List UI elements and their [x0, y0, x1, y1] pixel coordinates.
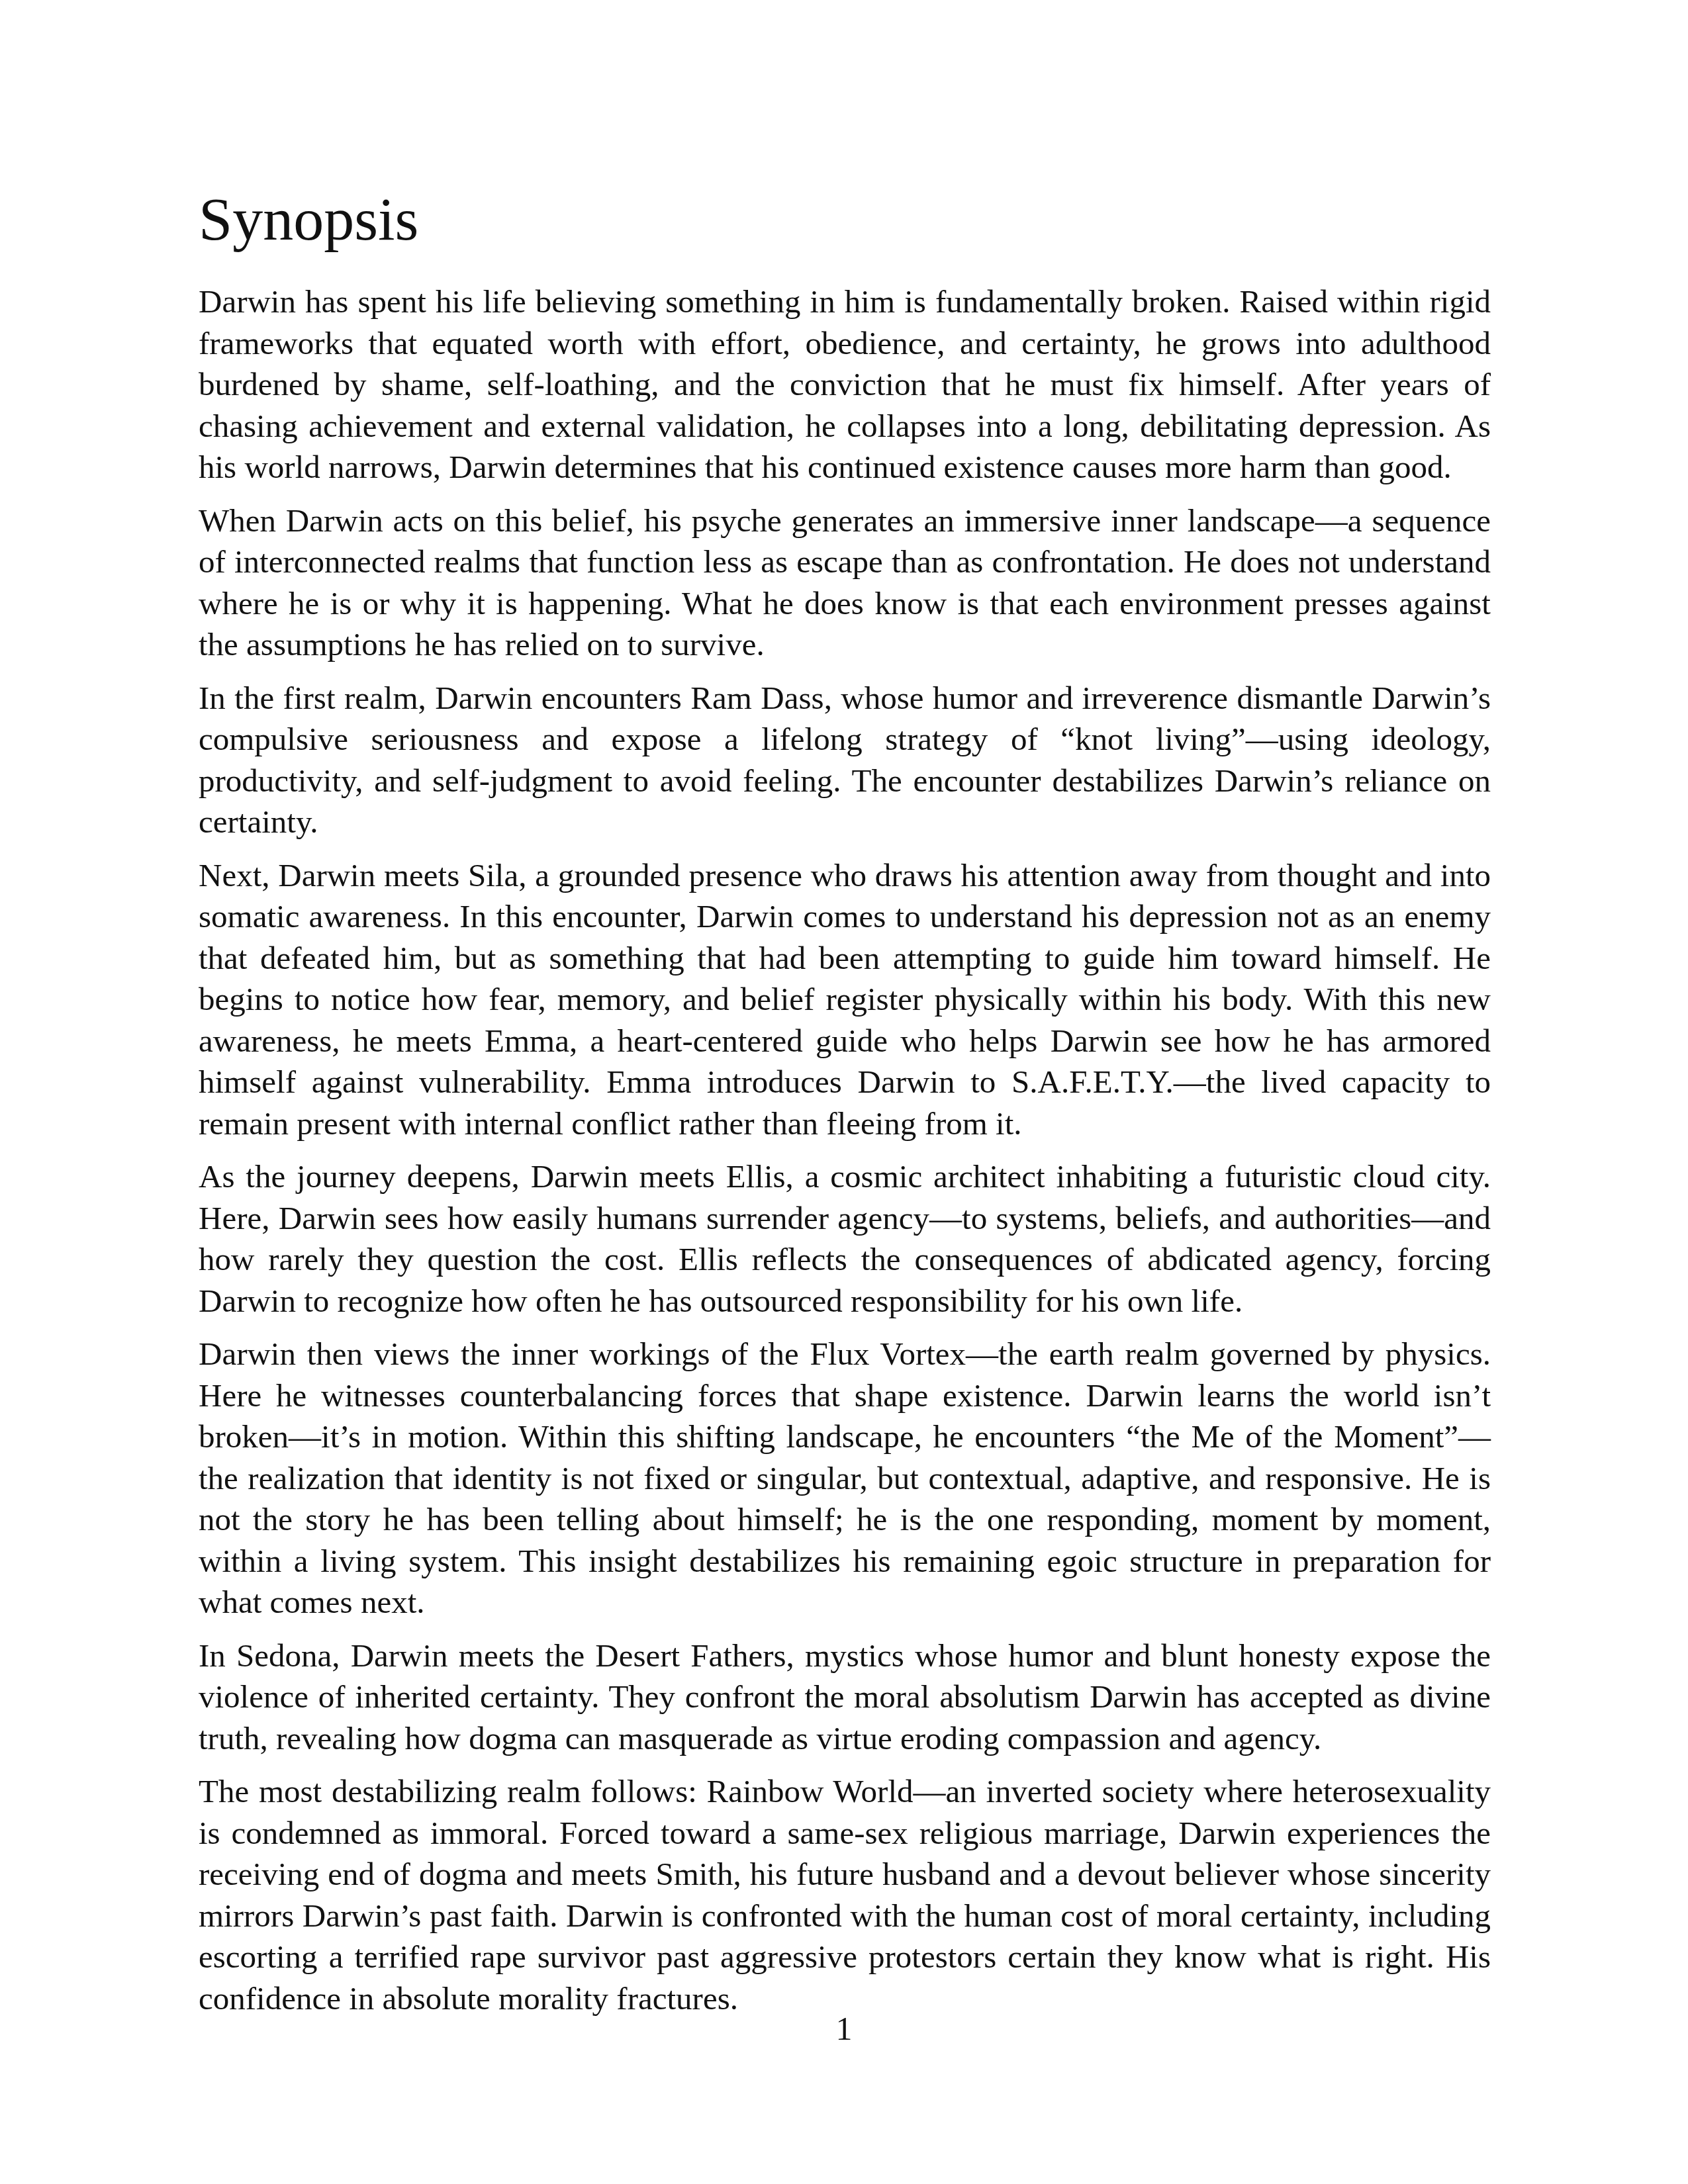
paragraph-1: Darwin has spent his life believing some… — [199, 281, 1491, 488]
page-title: Synopsis — [199, 189, 418, 250]
paragraph-7: In Sedona, Darwin meets the Desert Fathe… — [199, 1635, 1491, 1760]
paragraph-3: In the first realm, Darwin encounters Ra… — [199, 678, 1491, 843]
paragraph-8: The most destabilizing realm follows: Ra… — [199, 1771, 1491, 2019]
page-number: 1 — [0, 2012, 1688, 2045]
paragraph-4: Next, Darwin meets Sila, a grounded pres… — [199, 855, 1491, 1145]
paragraph-2: When Darwin acts on this belief, his psy… — [199, 500, 1491, 666]
paragraph-6: Darwin then views the inner workings of … — [199, 1334, 1491, 1623]
document-body: Darwin has spent his life believing some… — [199, 281, 1491, 2031]
paragraph-5: As the journey deepens, Darwin meets Ell… — [199, 1156, 1491, 1322]
